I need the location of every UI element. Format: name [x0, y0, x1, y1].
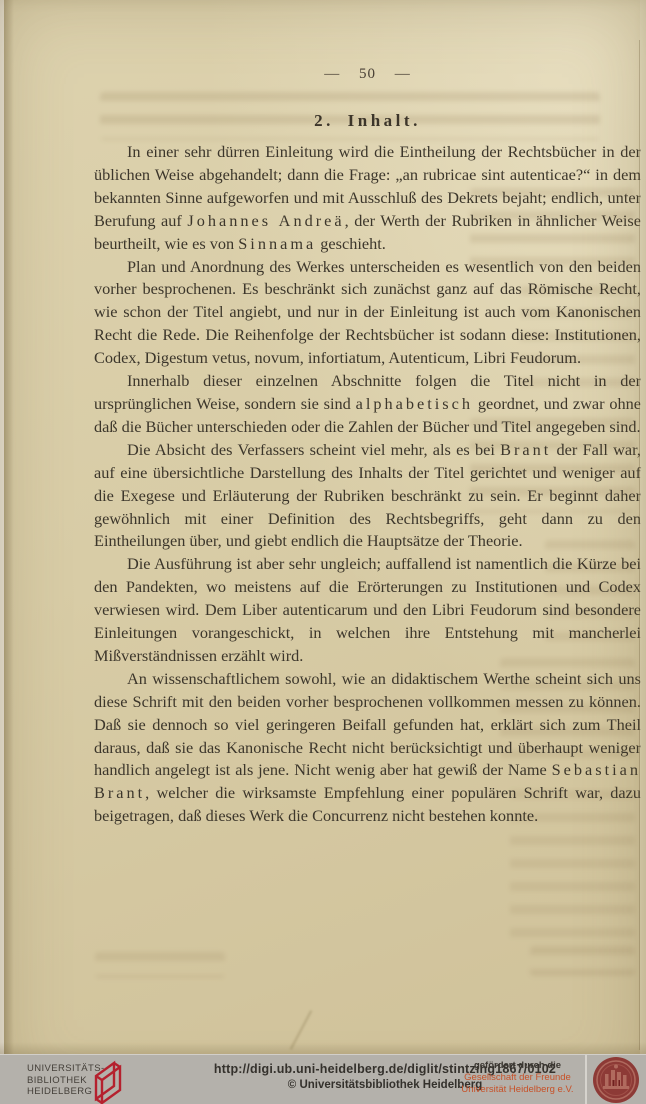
ub-heidelberg-logo-icon — [86, 1057, 134, 1104]
page-bottom-shadow — [0, 1042, 646, 1054]
letterspaced-name: Brant — [500, 440, 551, 459]
paragraph: Die Ausführung ist aber sehr ungleich; a… — [94, 553, 641, 668]
page-paragraphs: In einer sehr dürren Einleitung wird die… — [94, 141, 641, 828]
paragraph-text: Plan und Anordnung des Werkes unterschei… — [94, 257, 641, 368]
footer-divider — [585, 1055, 587, 1104]
funding-university: Universität Heidelberg e.V. — [455, 1084, 580, 1096]
letterspaced-name: Sinnama — [238, 234, 316, 253]
university-seal-icon — [592, 1056, 640, 1104]
paragraph-text: Die Ausführung ist aber sehr ungleich; a… — [94, 554, 641, 665]
page-number: — 50 — — [94, 66, 641, 83]
paragraph: In einer sehr dürren Einleitung wird die… — [94, 141, 641, 256]
footer-bar: UNIVERSITÄTS- BIBLIOTHEK HEIDELBERG http… — [0, 1054, 646, 1104]
bleedthrough-smudge — [95, 952, 225, 978]
funding-society: Gesellschaft der Freunde — [455, 1072, 580, 1084]
bleedthrough-smudge — [530, 946, 635, 976]
paragraph: Die Absicht des Verfassers scheint viel … — [94, 439, 641, 554]
section-heading: 2. Inhalt. — [94, 111, 641, 131]
paragraph-text: Die Absicht des Verfassers scheint viel … — [127, 440, 500, 459]
page-left-edge-shadow — [4, 0, 14, 1104]
funding-note: gefördert durch die Gesellschaft der Fre… — [455, 1060, 580, 1096]
letterspaced-name: alphabetisch — [356, 394, 473, 413]
funding-line1: gefördert durch die — [455, 1060, 580, 1072]
paragraph-text: , welcher die wirksamste Empfehlung eine… — [94, 783, 641, 825]
paragraph: Innerhalb dieser einzelnen Abschnitte fo… — [94, 370, 641, 439]
paragraph-text: geschieht. — [316, 234, 386, 253]
scanned-book-page: — 50 — 2. Inhalt. In einer sehr dürren E… — [0, 0, 646, 1104]
letterspaced-name: Johannes Andreä — [187, 211, 344, 230]
paragraph: Plan und Anordnung des Werkes unterschei… — [94, 256, 641, 371]
paragraph: An wissenschaftlichem sowohl, wie an did… — [94, 668, 641, 828]
page-right-edge — [640, 0, 646, 1104]
